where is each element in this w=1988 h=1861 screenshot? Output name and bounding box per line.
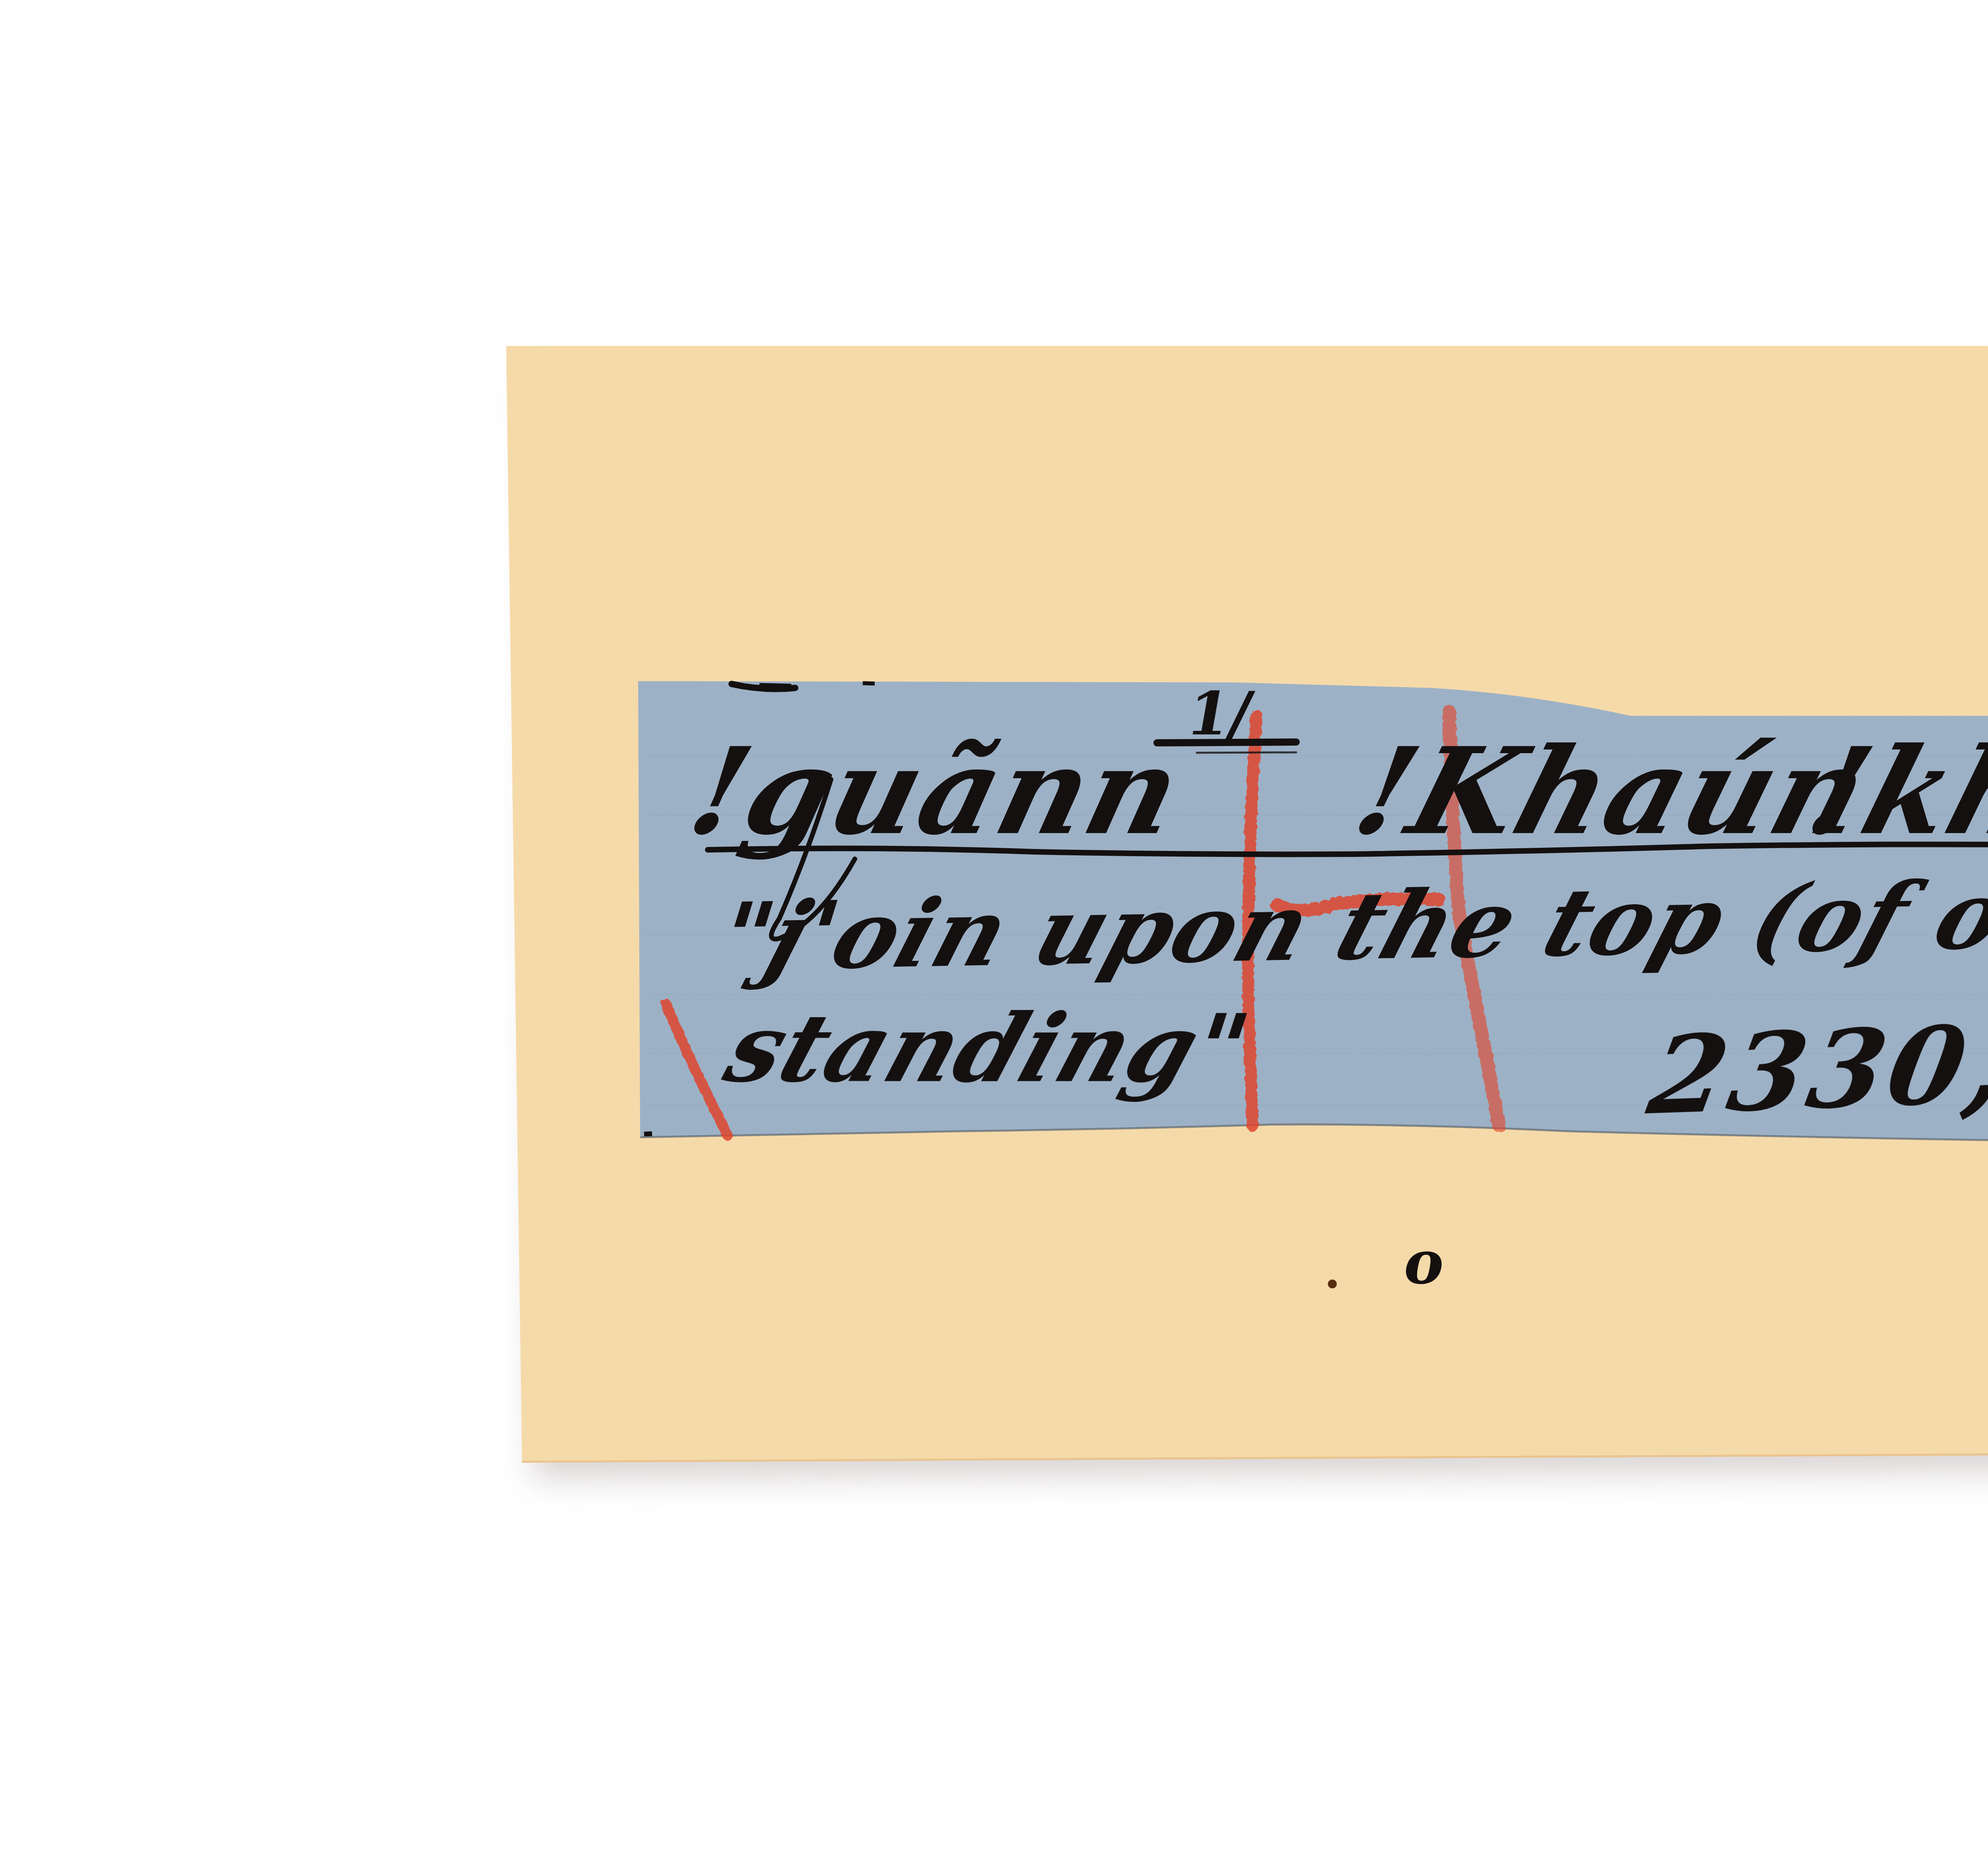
reference-number: 2330, 7. [1642,1004,1988,1129]
headword-2: !Khaún [1344,732,1881,851]
headword-1-overmark: 1/ [1183,684,1257,744]
photo-stage: !guãnn 1/ !Khaún !khe I. "j'oin upon the… [0,0,1988,1861]
card-dot-mark: · [1324,1261,1341,1308]
gloss-line-2: standing" [716,1002,1260,1096]
headword-3: !khe [1797,732,1988,851]
headword-1: !guãnn [680,732,1192,851]
